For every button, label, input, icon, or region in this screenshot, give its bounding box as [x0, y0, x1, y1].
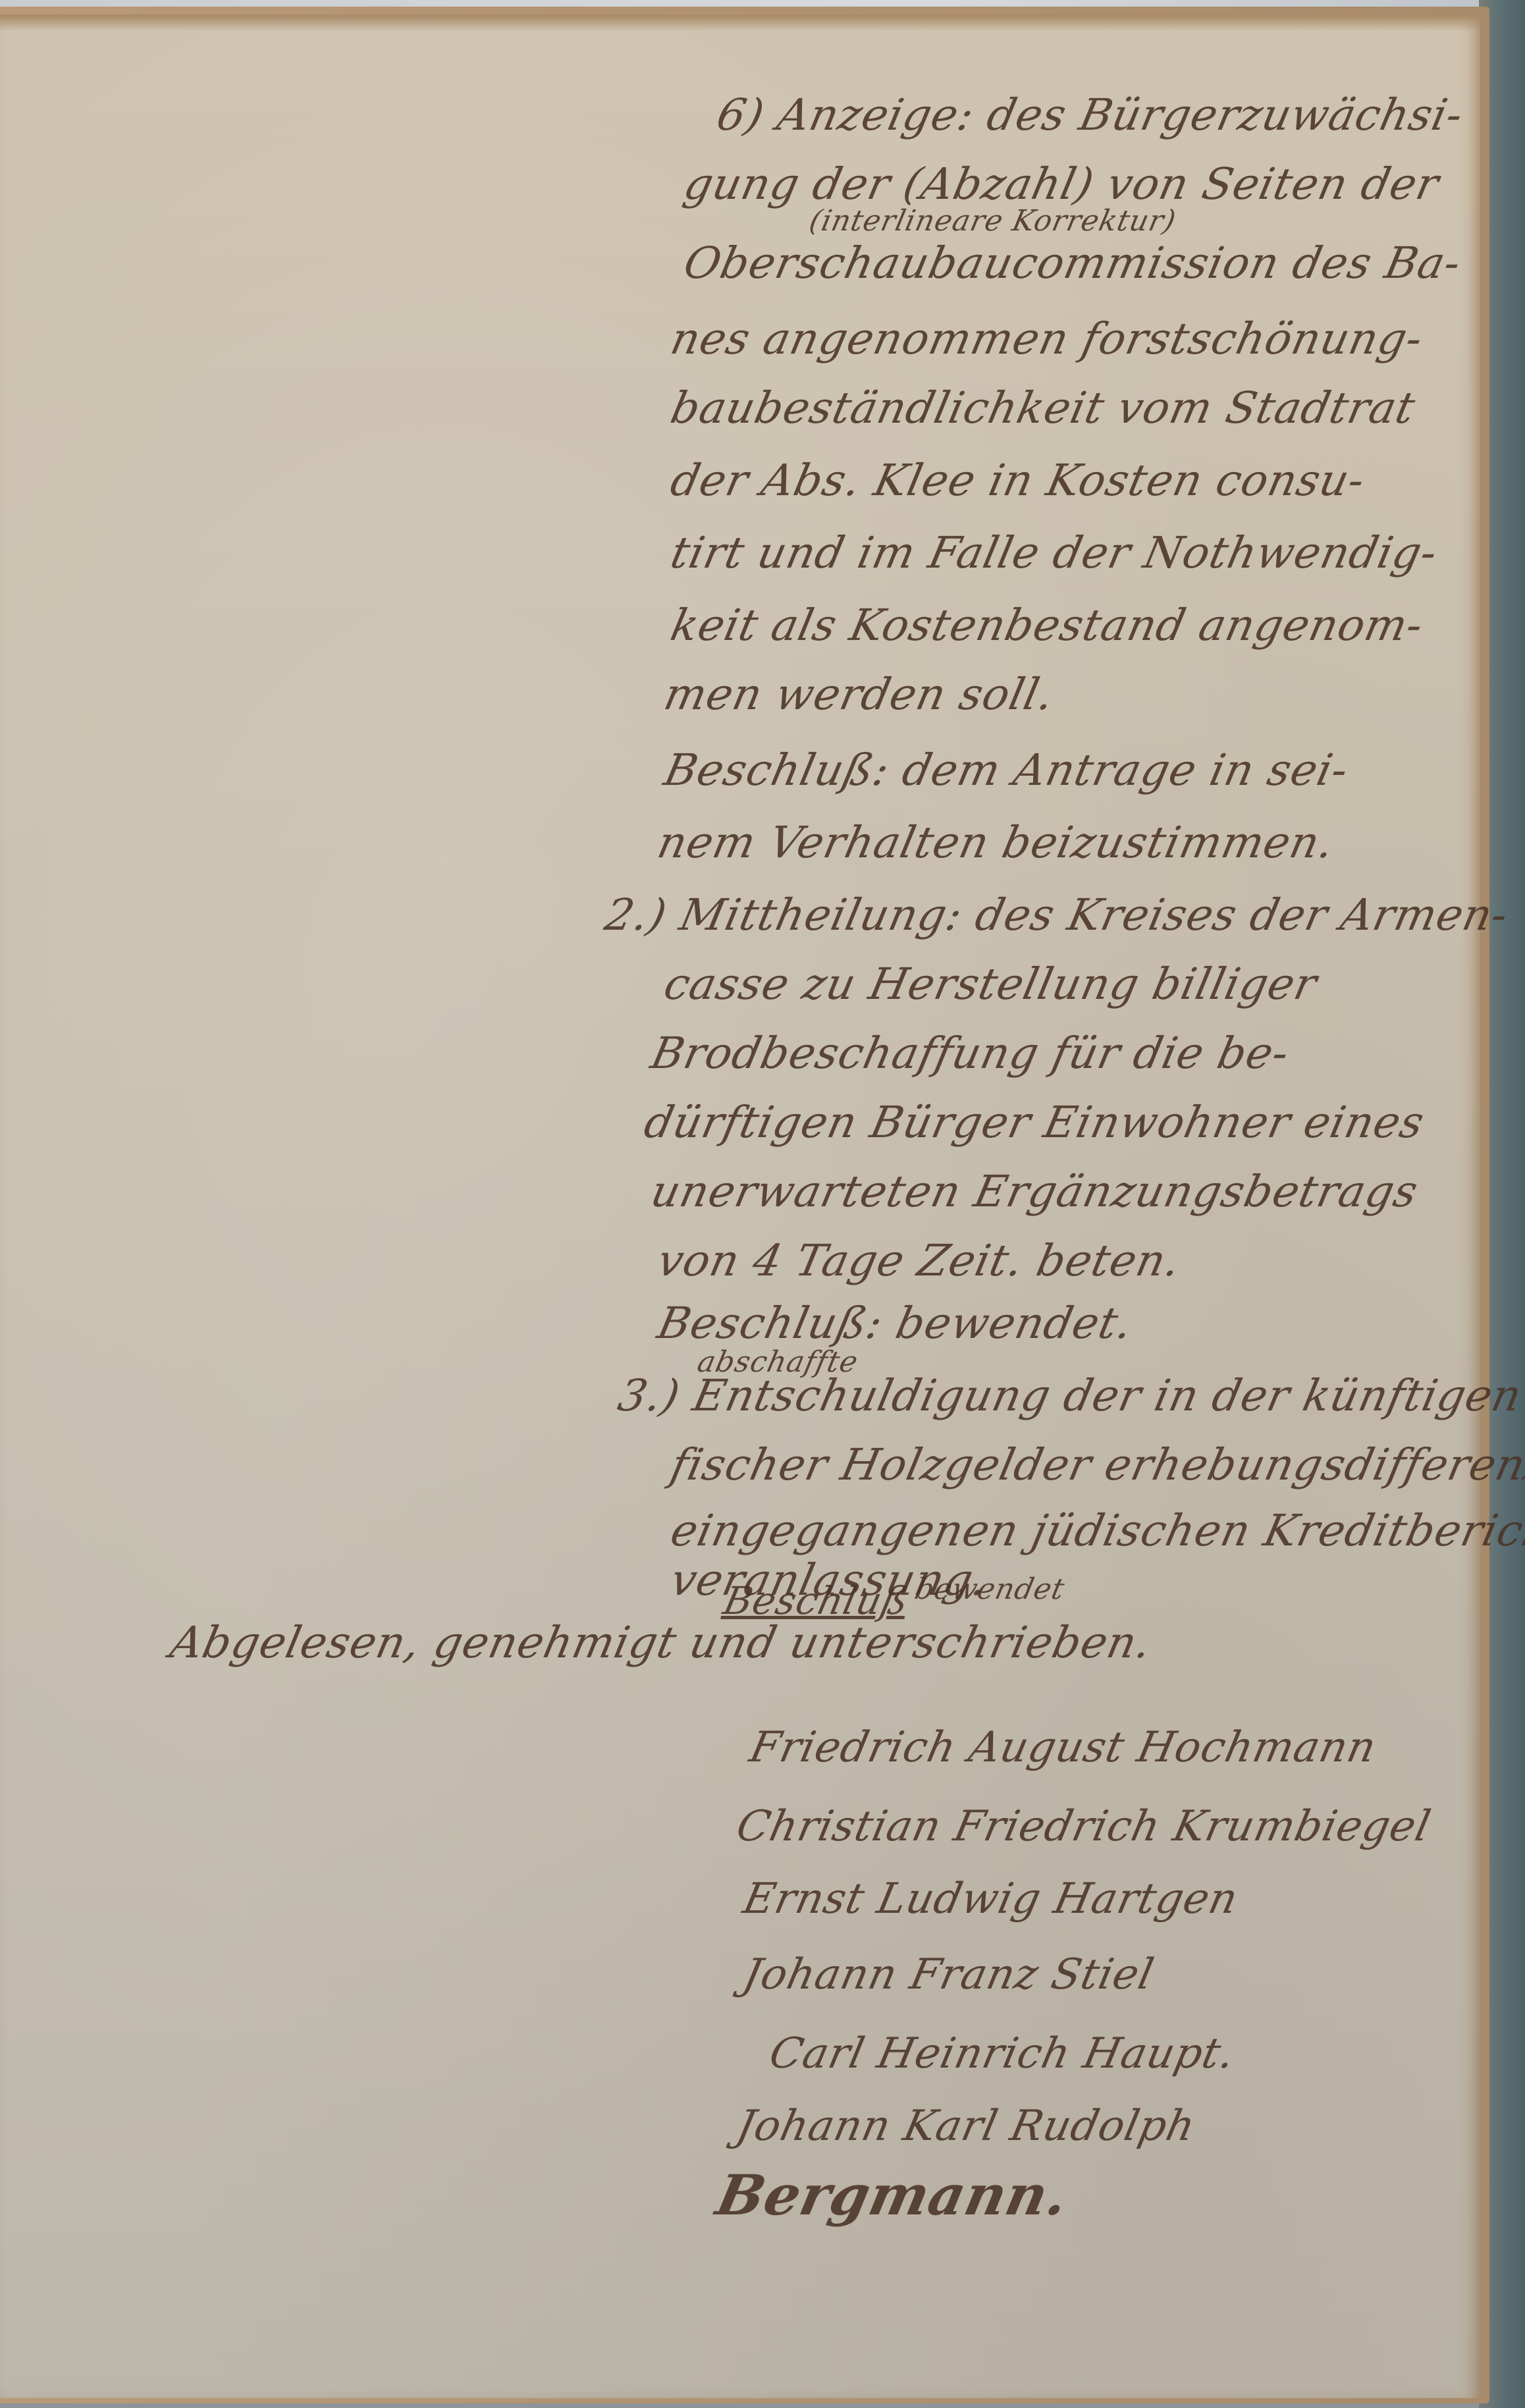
item-3-line-3: eingegangenen jüdischen Kreditberichts-	[667, 1509, 1525, 1553]
item-2-resolution: Beschluß: bewendet.	[654, 1302, 1137, 1345]
item-number: 2.)	[601, 890, 672, 940]
signature-6: Johann Karl Rudolph	[733, 2105, 1199, 2147]
signature-5: Carl Heinrich Haupt.	[766, 2033, 1239, 2075]
item-6-line-4: nes angenommen forstschönung-	[667, 317, 1427, 361]
item-6-line-8: keit als Kostenbestand angenom-	[667, 604, 1427, 647]
closing-underlined-word: Beschluß	[720, 1582, 913, 1620]
signature-3: Ernst Ludwig Hartgen	[739, 1878, 1242, 1920]
signature-2: Christian Friedrich Krumbiegel	[733, 1806, 1434, 1848]
item-6-line-1: 6) Anzeige: des Bürger­zuwächsi-	[713, 94, 1467, 137]
item-6-resolution-2: nem Verhalten beizustimmen.	[654, 821, 1338, 865]
signature-4: Johann Franz Stiel	[739, 1954, 1158, 1996]
item-3-line-2: fischer Holzgelder erhebungsdifferenz	[667, 1443, 1525, 1487]
item-2-line-3: Brodbeschaffung für die be-	[647, 1032, 1293, 1075]
item-6-line-9: men werden soll.	[660, 673, 1058, 716]
item-2-line-6: von 4 Tage Zeit. beten.	[654, 1239, 1185, 1283]
signature-7: Bergmann.	[712, 2168, 1073, 2223]
item-6-interlinear: (inter­lineare Korrektur)	[807, 207, 1179, 236]
page-edge	[0, 14, 1480, 32]
item-2-line-5: unerwarteten Ergänzungsbetrags	[647, 1170, 1422, 1214]
manuscript-page: 6) Anzeige: des Bürger­zuwächsi- gung de…	[0, 14, 1480, 2398]
item-3-line-1: 3.) Entschuldigung der in der künftigen	[614, 1374, 1525, 1418]
item-2-line-2: casse zu Herstellung billiger	[660, 963, 1321, 1006]
item-6-line-7: tirt und im Falle der Nothwendig-	[667, 531, 1441, 575]
closing-statement: Abgelesen, genehmigt und unterschrieben.	[167, 1621, 1156, 1665]
item-number: 6)	[712, 90, 769, 140]
item-6-resolution-1: Beschluß: dem Antrage in sei-	[660, 749, 1352, 792]
item-6-line-2: gung der (Abzahl) von Seiten der	[680, 163, 1443, 206]
closing-superscript: bewendet	[912, 1575, 1067, 1604]
item-6-line-3: Oberschaubaucommission des Ba-	[680, 242, 1465, 285]
signature-1: Friedrich August Hochmann	[746, 1726, 1380, 1769]
item-6-line-5: baubeständlichkeit vom Stadtrat	[667, 387, 1419, 430]
item-number: 3.)	[614, 1370, 685, 1421]
item-2-line-1: 2.) Mittheilung: des Kreises der Armen-	[601, 894, 1512, 937]
item-2-line-4: dürftigen Bürger Einwohner eines	[641, 1101, 1428, 1144]
item-6-line-6: der Abs. Klee in Kosten consu-	[667, 459, 1369, 502]
